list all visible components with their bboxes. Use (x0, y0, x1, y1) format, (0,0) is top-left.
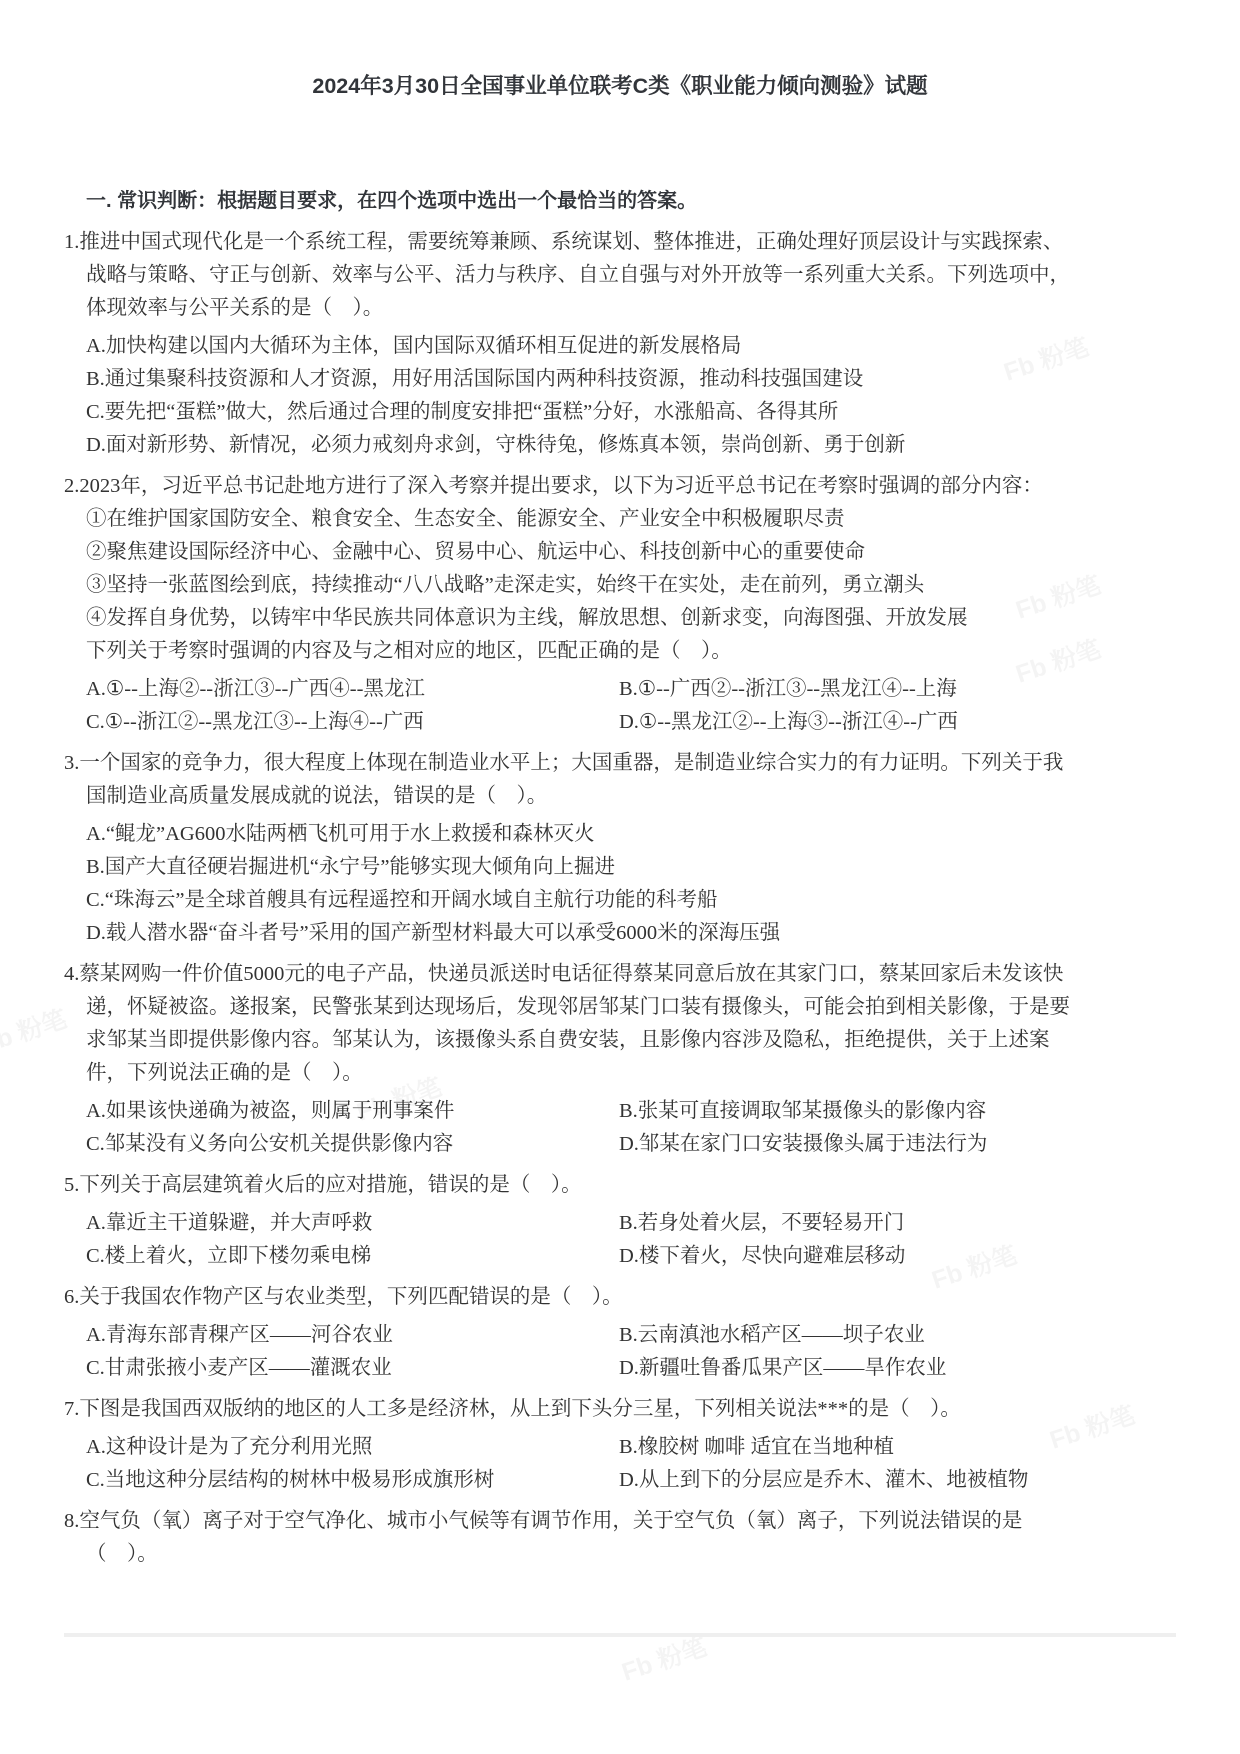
options: A.“鲲龙”AG600水陆两栖飞机可用于水上救援和森林灭火B.国产大直径硬岩掘进… (64, 818, 1176, 950)
question-stem: 7.下图是我国西双版纳的地区的人工多是经济林，从上到下头分三星，下列相关说法**… (64, 1393, 1176, 1426)
stem-line: 递，怀疑被盗。遂报案，民警张某到达现场后，发现邻居邹某门口装有摄像头，可能会拍到… (64, 991, 1176, 1024)
stem-line: （ ）。 (64, 1538, 1176, 1571)
option-B: B.橡胶树 咖啡 适宜在当地种植 (619, 1431, 1176, 1464)
stem-line: ③坚持一张蓝图绘到底，持续推动“八八战略”走深走实，始终干在实处，走在前列，勇立… (64, 569, 1176, 602)
stem-line: ②聚焦建设国际经济中心、金融中心、贸易中心、航运中心、科技创新中心的重要使命 (64, 536, 1176, 569)
stem-line: 3.一个国家的竞争力，很大程度上体现在制造业水平上；大国重器，是制造业综合实力的… (64, 747, 1176, 780)
stem-line: 8.空气负（氧）离子对于空气净化、城市小气候等有调节作用，关于空气负（氧）离子，… (64, 1505, 1176, 1538)
options: A.靠近主干道躲避，并大声呼救B.若身处着火层，不要轻易开门C.楼上着火，立即下… (64, 1207, 1176, 1273)
question-3: 3.一个国家的竞争力，很大程度上体现在制造业水平上；大国重器，是制造业综合实力的… (64, 747, 1176, 950)
option-A: A.“鲲龙”AG600水陆两栖飞机可用于水上救援和森林灭火 (86, 818, 1176, 851)
page-title: 2024年3月30日全国事业单位联考C类《职业能力倾向测验》试题 (0, 0, 1240, 103)
question-5: 5.下列关于高层建筑着火后的应对措施，错误的是（ ）。A.靠近主干道躲避，并大声… (64, 1169, 1176, 1273)
question-stem: 5.下列关于高层建筑着火后的应对措施，错误的是（ ）。 (64, 1169, 1176, 1202)
option-C: C.①--浙江②--黑龙江③--上海④--广西 (86, 706, 619, 739)
content: 一. 常识判断：根据题目要求，在四个选项中选出一个最恰当的答案。 1.推进中国式… (0, 185, 1240, 1637)
options: A.这种设计是为了充分利用光照B.橡胶树 咖啡 适宜在当地种植C.当地这种分层结… (64, 1431, 1176, 1497)
questions-list: 1.推进中国式现代化是一个系统工程，需要统筹兼顾、系统谋划、整体推进，正确处理好… (64, 226, 1176, 1571)
option-B: B.通过集聚科技资源和人才资源，用好用活国际国内两种科技资源，推动科技强国建设 (86, 363, 1176, 396)
stem-line: 5.下列关于高层建筑着火后的应对措施，错误的是（ ）。 (64, 1169, 1176, 1202)
option-C: C.当地这种分层结构的树林中极易形成旗形树 (86, 1464, 619, 1497)
option-D: D.①--黑龙江②--上海③--浙江④--广西 (619, 706, 1176, 739)
stem-line: 1.推进中国式现代化是一个系统工程，需要统筹兼顾、系统谋划、整体推进，正确处理好… (64, 226, 1176, 259)
question-1: 1.推进中国式现代化是一个系统工程，需要统筹兼顾、系统谋划、整体推进，正确处理好… (64, 226, 1176, 462)
stem-line: 2.2023年，习近平总书记赴地方进行了深入考察并提出要求，以下为习近平总书记在… (64, 470, 1176, 503)
stem-line: 6.关于我国农作物产区与农业类型，下列匹配错误的是（ ）。 (64, 1281, 1176, 1314)
option-A: A.这种设计是为了充分利用光照 (86, 1431, 619, 1464)
option-B: B.①--广西②--浙江③--黑龙江④--上海 (619, 673, 1176, 706)
stem-line: 4.蔡某网购一件价值5000元的电子产品，快递员派送时电话征得蔡某同意后放在其家… (64, 958, 1176, 991)
option-B: B.张某可直接调取邹某摄像头的影像内容 (619, 1095, 1176, 1128)
question-6: 6.关于我国农作物产区与农业类型，下列匹配错误的是（ ）。A.青海东部青稞产区—… (64, 1281, 1176, 1385)
question-7: 7.下图是我国西双版纳的地区的人工多是经济林，从上到下头分三星，下列相关说法**… (64, 1393, 1176, 1497)
question-stem: 6.关于我国农作物产区与农业类型，下列匹配错误的是（ ）。 (64, 1281, 1176, 1314)
stem-line: 7.下图是我国西双版纳的地区的人工多是经济林，从上到下头分三星，下列相关说法**… (64, 1393, 1176, 1426)
option-D: D.新疆吐鲁番瓜果产区——旱作农业 (619, 1352, 1176, 1385)
options: A.青海东部青稞产区——河谷农业B.云南滇池水稻产区——坝子农业C.甘肃张掖小麦… (64, 1319, 1176, 1385)
option-D: D.面对新形势、新情况，必须力戒刻舟求剑，守株待兔，修炼真本领，崇尚创新、勇于创… (86, 429, 1176, 462)
option-A: A.如果该快递确为被盗，则属于刑事案件 (86, 1095, 619, 1128)
stem-line: 国制造业高质量发展成就的说法，错误的是（ ）。 (64, 780, 1176, 813)
option-A: A.加快构建以国内大循环为主体，国内国际双循环相互促进的新发展格局 (86, 330, 1176, 363)
exam-page: Fb 粉笔Fb 粉笔Fb 粉笔Fb 粉笔Fb 粉笔Fb 粉笔Fb 粉笔Fb 粉笔… (0, 0, 1240, 1754)
question-8: 8.空气负（氧）离子对于空气净化、城市小气候等有调节作用，关于空气负（氧）离子，… (64, 1505, 1176, 1571)
option-A: A.①--上海②--浙江③--广西④--黑龙江 (86, 673, 619, 706)
option-B: B.云南滇池水稻产区——坝子农业 (619, 1319, 1176, 1352)
question-stem: 4.蔡某网购一件价值5000元的电子产品，快递员派送时电话征得蔡某同意后放在其家… (64, 958, 1176, 1090)
option-C: C.“珠海云”是全球首艘具有远程遥控和开阔水域自主航行功能的科考船 (86, 884, 1176, 917)
stem-line: ④发挥自身优势，以铸牢中华民族共同体意识为主线，解放思想、创新求变，向海图强、开… (64, 602, 1176, 635)
question-4: 4.蔡某网购一件价值5000元的电子产品，快递员派送时电话征得蔡某同意后放在其家… (64, 958, 1176, 1161)
option-B: B.国产大直径硬岩掘进机“永宁号”能够实现大倾角向上掘进 (86, 851, 1176, 884)
question-stem: 3.一个国家的竞争力，很大程度上体现在制造业水平上；大国重器，是制造业综合实力的… (64, 747, 1176, 813)
option-A: A.青海东部青稞产区——河谷农业 (86, 1319, 619, 1352)
option-A: A.靠近主干道躲避，并大声呼救 (86, 1207, 619, 1240)
option-C: C.要先把“蛋糕”做大，然后通过合理的制度安排把“蛋糕”分好，水涨船高、各得其所 (86, 396, 1176, 429)
option-D: D.楼下着火，尽快向避难层移动 (619, 1240, 1176, 1273)
option-D: D.邹某在家门口安装摄像头属于违法行为 (619, 1128, 1176, 1161)
options: A.加快构建以国内大循环为主体，国内国际双循环相互促进的新发展格局B.通过集聚科… (64, 330, 1176, 462)
option-D: D.载人潜水器“奋斗者号”采用的国产新型材料最大可以承受6000米的深海压强 (86, 917, 1176, 950)
question-stem: 1.推进中国式现代化是一个系统工程，需要统筹兼顾、系统谋划、整体推进，正确处理好… (64, 226, 1176, 325)
option-B: B.若身处着火层，不要轻易开门 (619, 1207, 1176, 1240)
stem-line: 件，下列说法正确的是（ ）。 (64, 1057, 1176, 1090)
option-C: C.甘肃张掖小麦产区——灌溉农业 (86, 1352, 619, 1385)
question-stem: 8.空气负（氧）离子对于空气净化、城市小气候等有调节作用，关于空气负（氧）离子，… (64, 1505, 1176, 1571)
question-stem: 2.2023年，习近平总书记赴地方进行了深入考察并提出要求，以下为习近平总书记在… (64, 470, 1176, 668)
stem-line: 战略与策略、守正与创新、效率与公平、活力与秩序、自立自强与对外开放等一系列重大关… (64, 259, 1176, 292)
option-D: D.从上到下的分层应是乔木、灌木、地被植物 (619, 1464, 1176, 1497)
option-C: C.楼上着火，立即下楼勿乘电梯 (86, 1240, 619, 1273)
option-C: C.邹某没有义务向公安机关提供影像内容 (86, 1128, 619, 1161)
bottom-divider (64, 1633, 1176, 1637)
stem-line: 体现效率与公平关系的是（ ）。 (64, 292, 1176, 325)
section-heading: 一. 常识判断：根据题目要求，在四个选项中选出一个最恰当的答案。 (64, 185, 1176, 218)
stem-line: 下列关于考察时强调的内容及与之相对应的地区，匹配正确的是（ ）。 (64, 635, 1176, 668)
stem-line: ①在维护国家国防安全、粮食安全、生态安全、能源安全、产业安全中积极履职尽责 (64, 503, 1176, 536)
options: A.①--上海②--浙江③--广西④--黑龙江B.①--广西②--浙江③--黑龙… (64, 673, 1176, 739)
options: A.如果该快递确为被盗，则属于刑事案件B.张某可直接调取邹某摄像头的影像内容C.… (64, 1095, 1176, 1161)
question-2: 2.2023年，习近平总书记赴地方进行了深入考察并提出要求，以下为习近平总书记在… (64, 470, 1176, 739)
stem-line: 求邹某当即提供影像内容。邹某认为，该摄像头系自费安装，且影像内容涉及隐私，拒绝提… (64, 1024, 1176, 1057)
